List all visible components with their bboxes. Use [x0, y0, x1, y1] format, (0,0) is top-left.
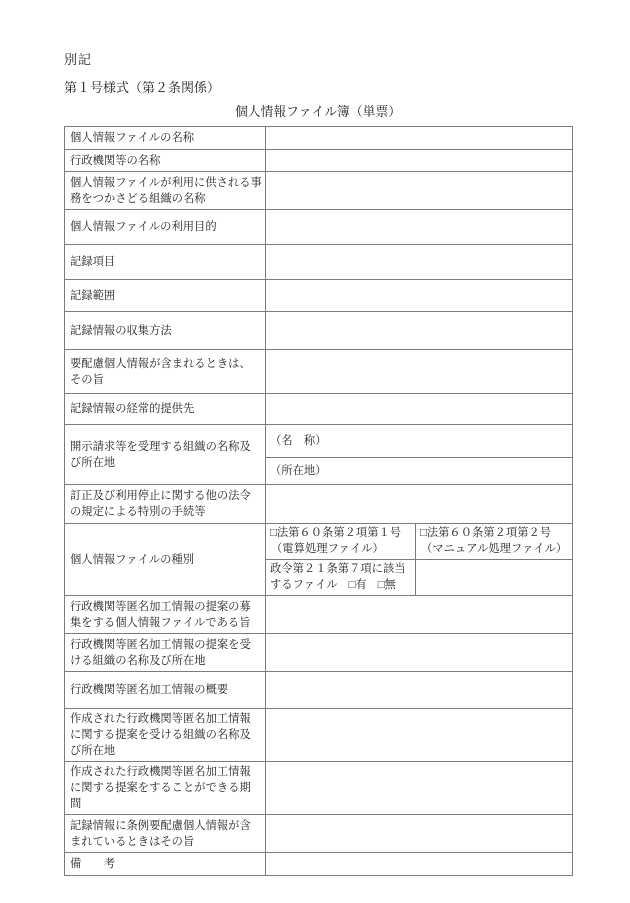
file-type-option-manual-line1: □法第６０条第２項第２号 — [420, 525, 569, 541]
row-label-disclosure-request-org: 開示請求等を受理する組織の名称及び所在地 — [65, 425, 266, 485]
disclosure-name-cell: （名 称） — [266, 425, 573, 458]
row-label-agency-name: 行政機関等の名称 — [65, 150, 266, 172]
table-row: 作成された行政機関等匿名加工情報に関する提案を受ける組織の名称及び所在地 — [65, 709, 573, 762]
table-row: 作成された行政機関等匿名加工情報に関する提案をすることができる期間 — [65, 762, 573, 815]
table-row: 個人情報ファイルの種別 □法第６０条第２項第１号 （電算処理ファイル） □法第６… — [65, 524, 573, 560]
row-label-created-anonymized-proposal-period: 作成された行政機関等匿名加工情報に関する提案をすることができる期間 — [65, 762, 266, 815]
checkbox-no-icon: □ — [378, 579, 385, 591]
value-cell-cabinet-order — [416, 560, 573, 596]
file-type-option-computer-cell: □法第６０条第２項第１号 （電算処理ファイル） — [266, 524, 416, 560]
cabinet-order-file-cell: 政令第２１条第７項に該当するファイル□有□無 — [266, 560, 416, 596]
value-cell-anonymized-proposal-solicitation — [266, 596, 573, 634]
table-row: 訂正及び利用停止に関する他の法令の規定による特別の手続等 — [65, 485, 573, 524]
file-type-option-computer-line1: □法第６０条第２項第１号 — [270, 525, 412, 541]
table-row: 行政機関等匿名加工情報の提案の募集をする個人情報ファイルである旨 — [65, 596, 573, 634]
row-label-purpose-of-use: 個人情報ファイルの利用目的 — [65, 210, 266, 245]
value-cell-created-anonymized-proposal-period — [266, 762, 573, 815]
value-cell-ordinance-sensitive-info — [266, 815, 573, 853]
table-row: 行政機関等の名称 — [65, 150, 573, 172]
value-cell-recorded-items — [266, 245, 573, 280]
value-cell-record-scope — [266, 280, 573, 312]
table-row: 行政機関等匿名加工情報の提案を受ける組織の名称及び所在地 — [65, 634, 573, 672]
row-label-ordinance-sensitive-info: 記録情報に条例要配慮個人情報が含まれているときはその旨 — [65, 815, 266, 853]
value-cell-created-anonymized-proposal-org — [266, 709, 573, 762]
cabinet-order-yes-label: 有 — [355, 579, 366, 591]
row-label-responsible-org: 個人情報ファイルが利用に供される事務をつかさどる組織の名称 — [65, 172, 266, 210]
table-row: 行政機関等匿名加工情報の概要 — [65, 672, 573, 709]
file-type-option-manual-title: 法第６０条第２項第２号 — [427, 527, 551, 539]
file-type-option-computer-title: 法第６０条第２項第１号 — [277, 527, 401, 539]
table-row: 開示請求等を受理する組織の名称及び所在地 （名 称） — [65, 425, 573, 458]
table-row: 個人情報ファイルが利用に供される事務をつかさどる組織の名称 — [65, 172, 573, 210]
row-label-sensitive-info: 要配慮個人情報が含まれるときは、その旨 — [65, 350, 266, 394]
table-row: 要配慮個人情報が含まれるときは、その旨 — [65, 350, 573, 394]
row-label-collection-method: 記録情報の収集方法 — [65, 312, 266, 350]
disclosure-location-cell: （所在地） — [266, 458, 573, 485]
table-row: 記録情報の経常的提供先 — [65, 394, 573, 425]
file-type-option-computer-subtitle: （電算処理ファイル） — [270, 541, 412, 557]
row-label-created-anonymized-proposal-org: 作成された行政機関等匿名加工情報に関する提案を受ける組織の名称及び所在地 — [65, 709, 266, 762]
row-label-file-name: 個人情報ファイルの名称 — [65, 127, 266, 150]
row-label-routine-recipients: 記録情報の経常的提供先 — [65, 394, 266, 425]
document-page: 別記 第１号様式（第２条関係） 個人情報ファイル簿（単票） 個人情報ファイルの名… — [0, 0, 630, 903]
row-label-correction-procedures: 訂正及び利用停止に関する他の法令の規定による特別の手続等 — [65, 485, 266, 524]
value-cell-remarks — [266, 853, 573, 876]
row-label-recorded-items: 記録項目 — [65, 245, 266, 280]
table-row: 記録項目 — [65, 245, 573, 280]
table-row: 記録情報の収集方法 — [65, 312, 573, 350]
row-label-record-scope: 記録範囲 — [65, 280, 266, 312]
table-row: 記録範囲 — [65, 280, 573, 312]
row-label-anonymized-proposal-org: 行政機関等匿名加工情報の提案を受ける組織の名称及び所在地 — [65, 634, 266, 672]
value-cell-sensitive-info — [266, 350, 573, 394]
table-row: 記録情報に条例要配慮個人情報が含まれているときはその旨 — [65, 815, 573, 853]
form-number: 第１号様式（第２条関係） — [64, 77, 220, 96]
table-row: 個人情報ファイルの利用目的 — [65, 210, 573, 245]
value-cell-routine-recipients — [266, 394, 573, 425]
row-label-remarks: 備 考 — [65, 853, 266, 876]
value-cell-responsible-org — [266, 172, 573, 210]
cabinet-order-no-label: 無 — [385, 579, 396, 591]
checkbox-manual-icon: □ — [420, 527, 427, 539]
row-label-anonymized-overview: 行政機関等匿名加工情報の概要 — [65, 672, 266, 709]
value-cell-correction-procedures — [266, 485, 573, 524]
personal-info-file-register-table: 個人情報ファイルの名称 行政機関等の名称 個人情報ファイルが利用に供される事務を… — [64, 126, 573, 876]
value-cell-collection-method — [266, 312, 573, 350]
value-cell-anonymized-overview — [266, 672, 573, 709]
value-cell-anonymized-proposal-org — [266, 634, 573, 672]
table-row: 備 考 — [65, 853, 573, 876]
table-row: 個人情報ファイルの名称 — [65, 127, 573, 150]
value-cell-purpose-of-use — [266, 210, 573, 245]
checkbox-computer-icon: □ — [270, 527, 277, 539]
file-type-option-manual-cell: □法第６０条第２項第２号 （マニュアル処理ファイル） — [416, 524, 573, 560]
attachment-note: 別記 — [64, 49, 92, 68]
row-label-file-type: 個人情報ファイルの種別 — [65, 524, 266, 596]
value-cell-file-name — [266, 127, 573, 150]
row-label-anonymized-proposal-solicitation: 行政機関等匿名加工情報の提案の募集をする個人情報ファイルである旨 — [65, 596, 266, 634]
document-title: 個人情報ファイル簿（単票） — [64, 101, 572, 120]
file-type-option-manual-subtitle: （マニュアル処理ファイル） — [420, 541, 569, 557]
value-cell-agency-name — [266, 150, 573, 172]
